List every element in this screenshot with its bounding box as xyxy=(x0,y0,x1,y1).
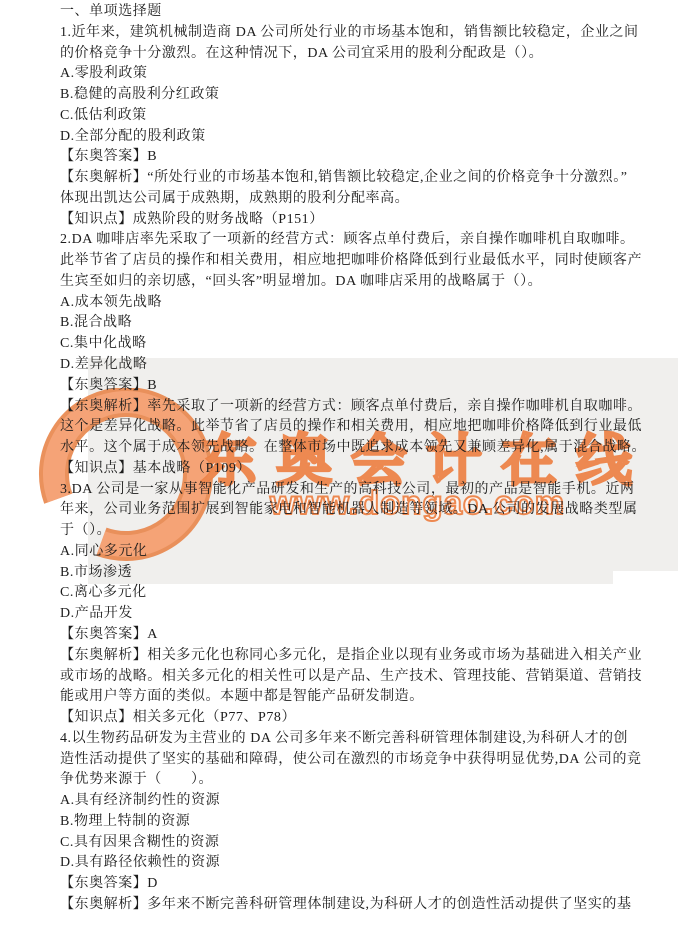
question-stem-line: 争优势来源于（ ）。 xyxy=(60,770,620,791)
knowledge-point-line: 【知识点】成熟阶段的财务战略（P151） xyxy=(60,210,620,231)
answer-line: 【东奥答案】D xyxy=(60,874,620,895)
knowledge-point-line: 【知识点】基本战略（P109） xyxy=(60,459,620,480)
option-line: D.产品开发 xyxy=(60,604,620,625)
option-line: A.同心多元化 xyxy=(60,542,620,563)
option-line: D.差异化战略 xyxy=(60,355,620,376)
question-stem-line: 1.近年来，建筑机械制造商 DA 公司所处行业的市场基本饱和，销售额比较稳定，企… xyxy=(60,23,620,44)
question-stem-line: 4.以生物药品研发为主营业的 DA 公司多年来不断完善科研管理体制建设,为科研人… xyxy=(60,729,620,750)
question-stem-line: 3.DA 公司是一家从事智能化产品研发和生产的高科技公司，最初的产品是智能手机。… xyxy=(60,480,620,501)
option-line: A.零股利政策 xyxy=(60,64,620,85)
option-line: B.市场渗透 xyxy=(60,563,620,584)
option-line: B.稳健的高股利分红政策 xyxy=(60,85,620,106)
knowledge-point-line: 【知识点】相关多元化（P77、P78） xyxy=(60,708,620,729)
analysis-line: 水平。这个属于成本领先战略。在整体市场中既追求成本领先又兼顾差异化,属于混合战略… xyxy=(60,438,620,459)
analysis-line: 能或用户等方面的类似。本题中都是智能产品研发制造。 xyxy=(60,687,620,708)
option-line: D.具有路径依赖性的资源 xyxy=(60,853,620,874)
question-stem-line: 2.DA 咖啡店率先采取了一项新的经营方式：顾客点单付费后，亲自操作咖啡机自取咖… xyxy=(60,230,620,251)
option-line: C.具有因果含糊性的资源 xyxy=(60,833,620,854)
analysis-line: 或市场的战略。相关多元化的相关性可以是产品、生产技术、管理技能、营销渠道、营销技 xyxy=(60,667,620,688)
question-stem-line: 造性活动提供了坚实的基础和障碍，使公司在激烈的市场竞争中获得明显优势,DA 公司… xyxy=(60,750,620,771)
analysis-line: 体现出凯达公司属于成熟期，成熟期的股利分配率高。 xyxy=(60,189,620,210)
question-stem-line: 生宾至如归的亲切感，“回头客”明显增加。DA 咖啡店采用的战略属于（）。 xyxy=(60,272,620,293)
question-lines: 1.近年来，建筑机械制造商 DA 公司所处行业的市场基本饱和，销售额比较稳定，企… xyxy=(60,23,620,916)
answer-line: 【东奥答案】A xyxy=(60,625,620,646)
option-line: C.集中化战略 xyxy=(60,334,620,355)
option-line: A.具有经济制约性的资源 xyxy=(60,791,620,812)
analysis-line: 【东奥解析】“所处行业的市场基本饱和,销售额比较稳定,企业之间的价格竞争十分激烈… xyxy=(60,168,620,189)
answer-line: 【东奥答案】B xyxy=(60,147,620,168)
option-line: D.全部分配的股利政策 xyxy=(60,127,620,148)
document-content: 一、单项选择题 1.近年来，建筑机械制造商 DA 公司所处行业的市场基本饱和，销… xyxy=(60,2,620,916)
question-stem-line: 的价格竞争十分激烈。在这种情况下，DA 公司宜采用的股利分配政是（）。 xyxy=(60,44,620,65)
question-stem-line: 于（）。 xyxy=(60,521,620,542)
analysis-line: 【东奥解析】率先采取了一项新的经营方式：顾客点单付费后，亲自操作咖啡机自取咖啡。 xyxy=(60,397,620,418)
option-line: B.混合战略 xyxy=(60,313,620,334)
option-line: C.离心多元化 xyxy=(60,583,620,604)
analysis-line: 【东奥解析】相关多元化也称同心多元化，是指企业以现有业务或市场为基础进入相关产业 xyxy=(60,646,620,667)
exam-document-page: 东奥会计在线 www.dongao.com 一、单项选择题 1.近年来，建筑机械… xyxy=(0,0,688,929)
question-stem-line: 此举节省了店员的操作和相关费用，相应地把咖啡价格降低到行业最低水平，同时使顾客产 xyxy=(60,251,620,272)
option-line: B.物理上特制的资源 xyxy=(60,812,620,833)
analysis-line: 【东奥解析】多年来不断完善科研管理体制建设,为科研人才的创造性活动提供了坚实的基 xyxy=(60,895,620,916)
section-title: 一、单项选择题 xyxy=(60,2,620,23)
option-line: C.低估利政策 xyxy=(60,106,620,127)
question-stem-line: 年来，公司业务范围扩展到智能家电和智能机器人制造等领域。DA 公司的发展战略类型… xyxy=(60,500,620,521)
answer-line: 【东奥答案】B xyxy=(60,376,620,397)
option-line: A.成本领先战略 xyxy=(60,293,620,314)
analysis-line: 这个是差异化战略。此举节省了店员的操作和相关费用，相应地把咖啡价格降低到行业最低 xyxy=(60,417,620,438)
